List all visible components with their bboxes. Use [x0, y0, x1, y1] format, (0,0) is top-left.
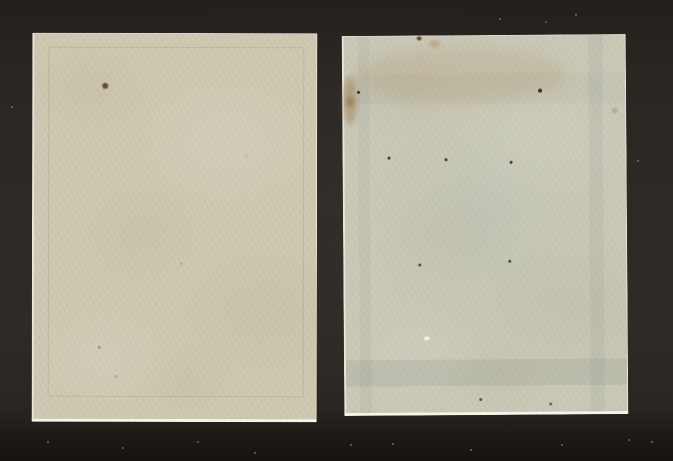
photo-dark-background: [0, 0, 673, 461]
paper-mark: [180, 262, 183, 265]
dust-speck: [350, 444, 352, 446]
paper-mark: [418, 263, 421, 266]
paper-mark: [115, 375, 118, 378]
paper-mark: [479, 398, 482, 401]
dust-speck: [47, 441, 49, 443]
paper-mark: [549, 403, 552, 406]
paper-mark: [343, 77, 357, 125]
paper-texture: [344, 35, 628, 413]
paper-mark: [98, 346, 101, 349]
dust-speck: [11, 106, 13, 108]
paper-mark: [102, 83, 108, 89]
dust-speck: [197, 441, 199, 443]
dust-speck: [470, 449, 472, 451]
paper-mark: [538, 89, 542, 93]
paper-mark: [612, 108, 617, 113]
dust-speck: [499, 18, 501, 20]
dust-speck: [561, 444, 563, 446]
dust-speck: [575, 14, 577, 16]
paper-mark: [354, 47, 569, 103]
plate-impression-showthrough: [48, 47, 305, 397]
dust-speck: [637, 160, 639, 162]
paper-texture: [34, 34, 317, 419]
stamp-right-reverse: [342, 34, 629, 416]
paper-mark: [508, 260, 511, 263]
paper-mark: [388, 157, 391, 160]
dust-speck: [392, 443, 394, 445]
paper-mark: [417, 36, 422, 40]
paper-mark: [244, 154, 248, 158]
dust-speck: [254, 452, 256, 454]
toning-spots-layer: [344, 35, 625, 37]
paper-mark: [346, 97, 354, 107]
paper-mark: [430, 40, 440, 47]
dust-speck: [651, 441, 653, 443]
paper-mark: [510, 161, 513, 164]
paper-mark: [424, 336, 430, 340]
stamp-left-reverse: [32, 33, 318, 422]
paper-mark: [445, 158, 448, 161]
dust-speck: [122, 447, 124, 449]
design-showthrough: [344, 35, 628, 413]
dust-speck: [628, 439, 630, 441]
paper-mark: [357, 91, 360, 94]
dust-speck: [545, 21, 547, 23]
